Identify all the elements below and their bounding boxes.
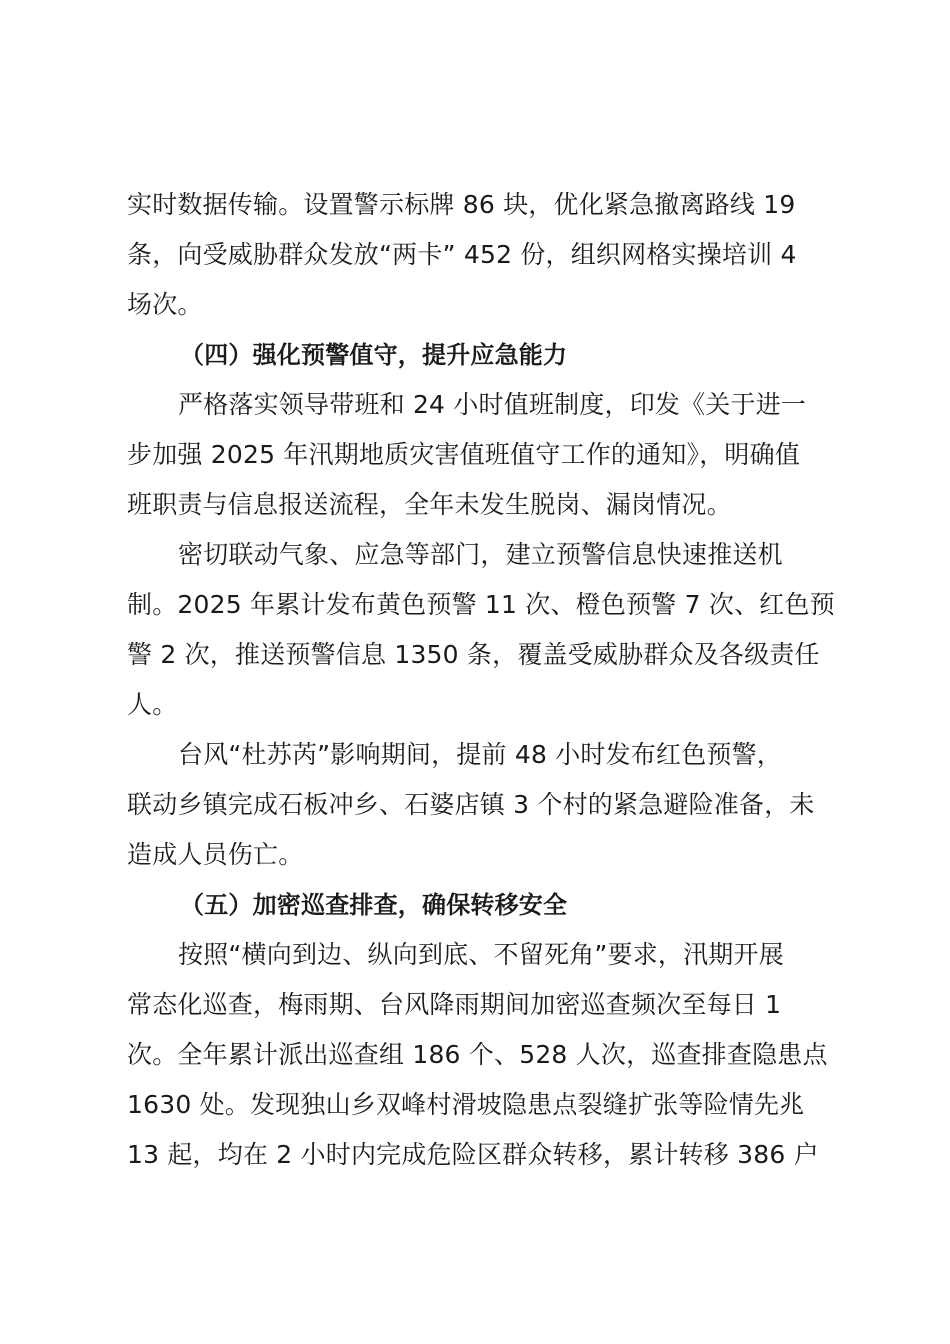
paragraph-line: 步加强 2025 年汛期地质灾害值班值守工作的通知》，明确值	[127, 439, 837, 471]
paragraph-line: 按照“横向到边、纵向到底、不留死角”要求，汛期开展	[178, 939, 888, 971]
document-page: 实时数据传输。设置警示标牌 86 块，优化紧急撤离路线 19 条，向受威胁群众发…	[0, 0, 950, 1344]
paragraph-line: 台风“杜苏芮”影响期间，提前 48 小时发布红色预警，	[178, 739, 888, 771]
paragraph-line: 场次。	[127, 289, 837, 321]
paragraph-line: 制。2025 年累计发布黄色预警 11 次、橙色预警 7 次、红色预	[127, 589, 837, 621]
paragraph-line: 13 起，均在 2 小时内完成危险区群众转移，累计转移 386 户	[127, 1139, 837, 1171]
paragraph-line: 班职责与信息报送流程，全年未发生脱岗、漏岗情况。	[127, 489, 837, 521]
paragraph-line: 人。	[127, 689, 837, 721]
paragraph-line: 常态化巡查，梅雨期、台风降雨期间加密巡查频次至每日 1	[127, 989, 837, 1021]
paragraph-line: 密切联动气象、应急等部门，建立预警信息快速推送机	[178, 539, 888, 571]
section-heading-4: （四）强化预警值守，提升应急能力	[180, 339, 890, 371]
paragraph-line: 联动乡镇完成石板冲乡、石婆店镇 3 个村的紧急避险准备，未	[127, 789, 837, 821]
paragraph-line: 次。全年累计派出巡查组 186 个、528 人次，巡查排查隐患点	[127, 1039, 837, 1071]
section-heading-5: （五）加密巡查排查，确保转移安全	[180, 889, 890, 921]
paragraph-line: 1630 处。发现独山乡双峰村滑坡隐患点裂缝扩张等险情先兆	[127, 1089, 837, 1121]
paragraph-line: 造成人员伤亡。	[127, 839, 837, 871]
paragraph-line: 警 2 次，推送预警信息 1350 条，覆盖受威胁群众及各级责任	[127, 639, 837, 671]
paragraph-line: 实时数据传输。设置警示标牌 86 块，优化紧急撤离路线 19	[127, 189, 837, 221]
paragraph-line: 条，向受威胁群众发放“两卡” 452 份，组织网格实操培训 4	[127, 239, 837, 271]
paragraph-line: 严格落实领导带班和 24 小时值班制度，印发《关于进一	[178, 389, 888, 421]
